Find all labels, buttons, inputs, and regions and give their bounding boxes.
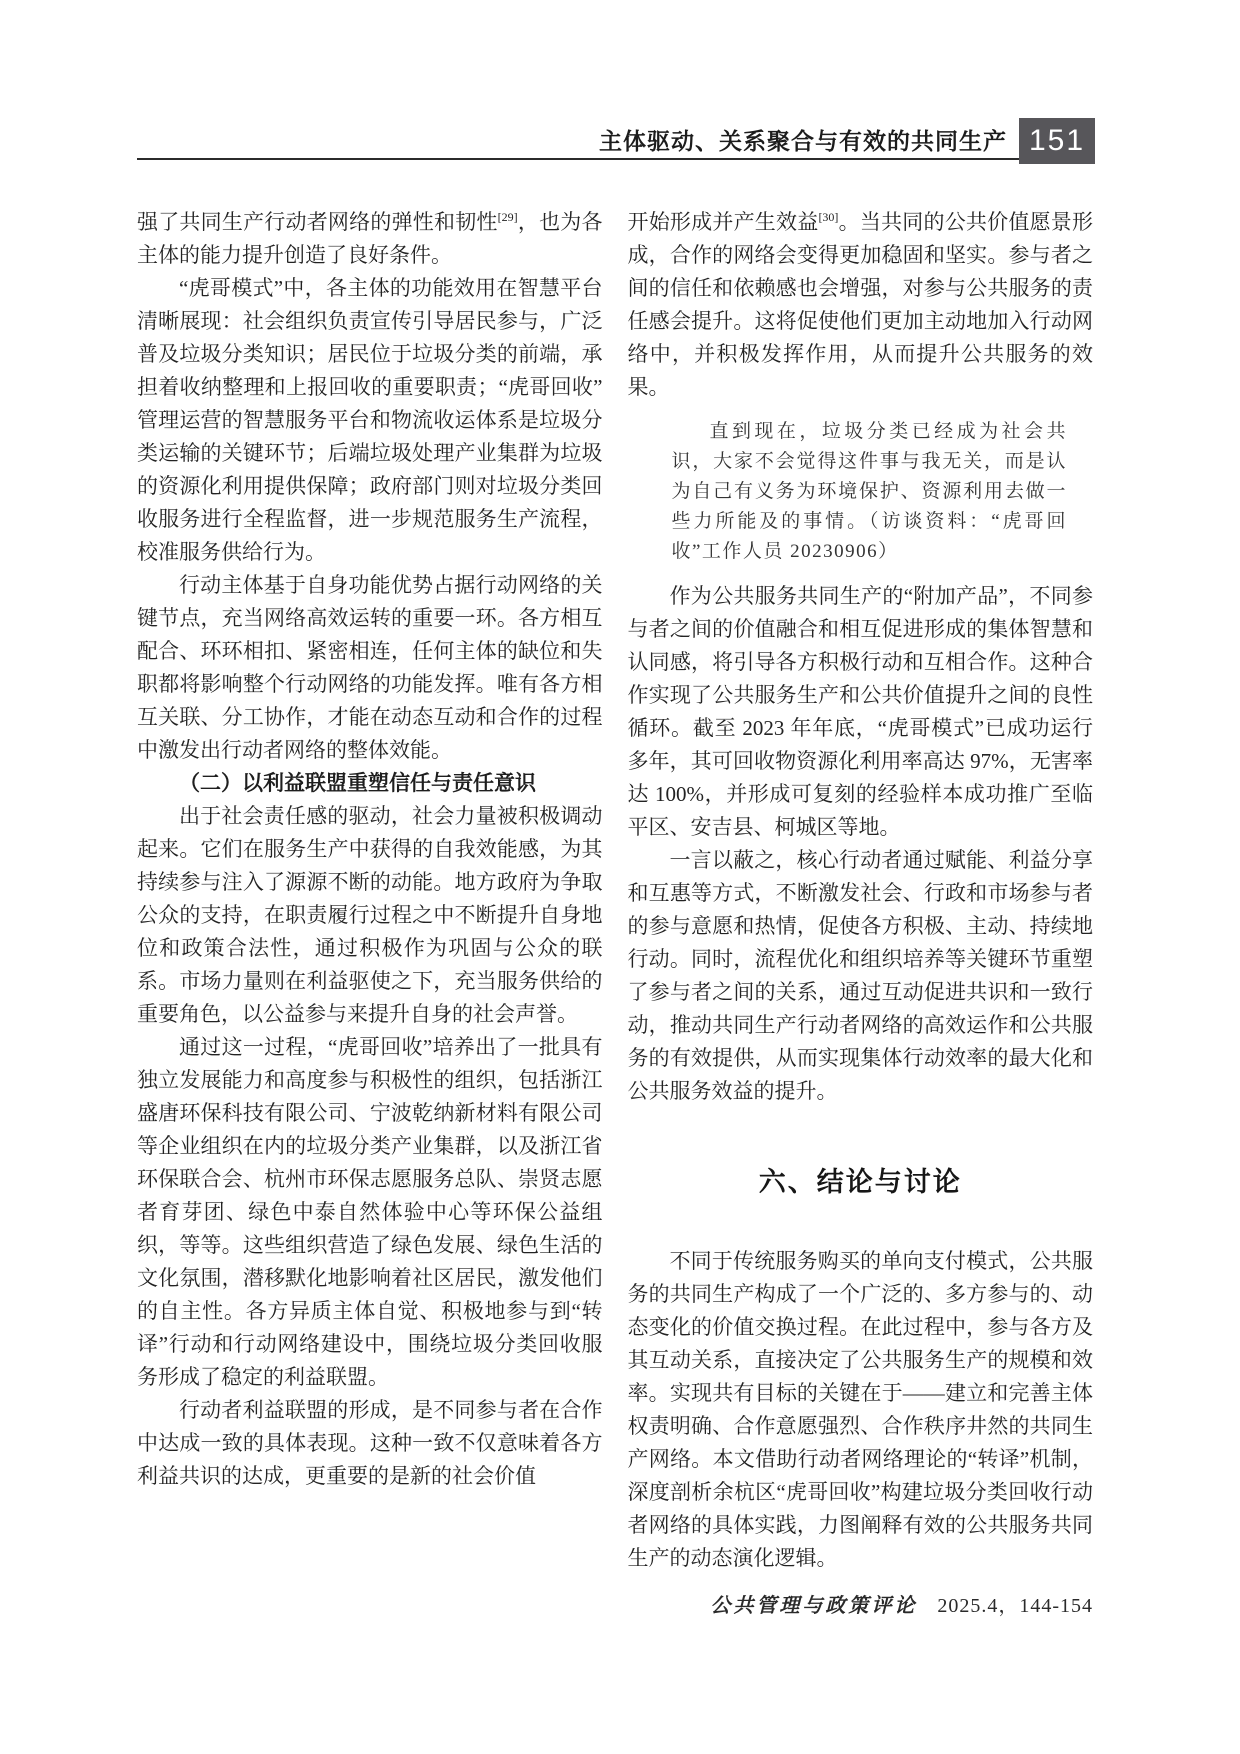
paragraph: 一言以蔽之，核心行动者通过赋能、利益分享和互惠等方式，不断激发社会、行政和市场参…	[628, 844, 1094, 1108]
citation-superscript: [30]	[818, 210, 838, 224]
paragraph-text: 开始形成并产生效益	[628, 210, 819, 234]
issue-and-pages: 2025.4，144-154	[937, 1595, 1093, 1617]
paragraph: 出于社会责任感的驱动，社会力量被积极调动起来。它们在服务生产中获得的自我效能感，…	[137, 800, 603, 1031]
paragraph: 通过这一过程，“虎哥回收”培养出了一批具有独立发展能力和高度参与积极性的组织，包…	[137, 1031, 603, 1394]
paragraph: 作为公共服务共同生产的“附加产品”，不同参与者之间的价值融合和相互促进形成的集体…	[628, 580, 1094, 844]
citation-superscript: [29]	[498, 210, 518, 224]
subsection-heading: （二）以利益联盟重塑信任与责任意识	[137, 767, 603, 800]
header-divider	[137, 158, 1093, 160]
paragraph-text: 强了共同生产行动者网络的弹性和韧性	[137, 210, 498, 234]
paragraph: 不同于传统服务购买的单向支付模式，公共服务的共同生产构成了一个广泛的、多方参与的…	[628, 1245, 1094, 1575]
paragraph: 行动主体基于自身功能优势占据行动网络的关键节点，充当网络高效运转的重要一环。各方…	[137, 569, 603, 767]
running-title: 主体驱动、关系聚合与有效的共同生产	[599, 123, 1007, 156]
paragraph: “虎哥模式”中，各主体的功能效用在智慧平台清晰展现：社会组织负责宣传引导居民参与…	[137, 272, 603, 569]
page-header: 主体驱动、关系聚合与有效的共同生产 151	[137, 118, 1093, 164]
interview-quote: 直到现在，垃圾分类已经成为社会共识，大家不会觉得这件事与我无关，而是认为自己有义…	[672, 417, 1068, 567]
section-heading: 六、结论与讨论	[628, 1160, 1094, 1199]
paragraph-continuation: 开始形成并产生效益[30]。当共同的公共价值愿景形成，合作的网络会变得更加稳固和…	[628, 206, 1094, 404]
journal-page: 主体驱动、关系聚合与有效的共同生产 151 强了共同生产行动者网络的弹性和韧性[…	[0, 0, 1240, 1754]
paragraph-text: 。当共同的公共价值愿景形成，合作的网络会变得更加稳固和坚实。参与者之间的信任和依…	[628, 210, 1094, 399]
right-column: 开始形成并产生效益[30]。当共同的公共价值愿景形成，合作的网络会变得更加稳固和…	[628, 206, 1094, 1618]
left-column: 强了共同生产行动者网络的弹性和韧性[29]，也为各主体的能力提升创造了良好条件。…	[137, 206, 603, 1618]
paragraph: 行动者利益联盟的形成，是不同参与者在合作中达成一致的具体表现。这种一致不仅意味着…	[137, 1394, 603, 1493]
journal-name: 公共管理与政策评论	[710, 1595, 917, 1617]
article-body: 强了共同生产行动者网络的弹性和韧性[29]，也为各主体的能力提升创造了良好条件。…	[137, 206, 1093, 1618]
page-footer: 公共管理与政策评论2025.4，144-154	[628, 1589, 1094, 1618]
page-number-badge: 151	[1019, 118, 1095, 164]
paragraph-continuation: 强了共同生产行动者网络的弹性和韧性[29]，也为各主体的能力提升创造了良好条件。	[137, 206, 603, 272]
